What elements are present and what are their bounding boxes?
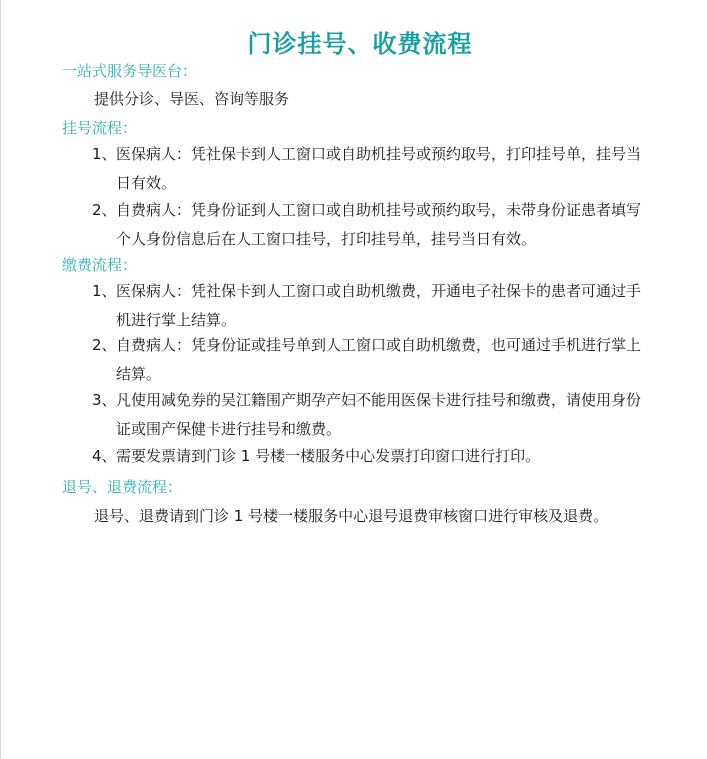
item-line-1: 凡使用减免券的吴江籍围产期孕产妇不能用医保卡进行挂号和缴费，请使用身份 xyxy=(92,386,652,415)
payment-item-1: 1、 医保病人：凭社保卡到人工窗口或自助机缴费，开通电子社保卡的患者可通过手 机… xyxy=(92,277,652,335)
item-line-1: 医保病人：凭社保卡到人工窗口或自助机缴费，开通电子社保卡的患者可通过手 xyxy=(92,277,652,306)
registration-item-1: 1、 医保病人：凭社保卡到人工窗口或自助机挂号或预约取号，打印挂号单，挂号当 日… xyxy=(92,140,652,198)
page-title: 门诊挂号、收费流程 xyxy=(0,24,707,59)
item-number: 2、 xyxy=(92,196,117,225)
item-line-2: 日有效。 xyxy=(92,169,652,198)
item-number: 1、 xyxy=(92,140,117,169)
left-border xyxy=(0,0,1,759)
item-line-1: 医保病人：凭社保卡到人工窗口或自助机挂号或预约取号，打印挂号单，挂号当 xyxy=(92,140,652,169)
item-line-2: 结算。 xyxy=(92,360,652,389)
item-line-2: 个人身份信息后在人工窗口挂号，打印挂号单，挂号当日有效。 xyxy=(92,225,652,254)
section-heading-payment: 缴费流程： xyxy=(62,254,137,275)
section-heading-guide-desk: 一站式服务导医台： xyxy=(62,60,197,81)
section-heading-registration: 挂号流程： xyxy=(62,117,137,138)
item-number: 4、 xyxy=(92,442,117,471)
item-line-1: 自费病人：凭身份证到人工窗口或自助机挂号或预约取号，未带身份证患者填写 xyxy=(92,196,652,225)
item-number: 2、 xyxy=(92,331,117,360)
item-number: 1、 xyxy=(92,277,117,306)
section-heading-refund: 退号、退费流程： xyxy=(62,476,182,497)
item-number: 3、 xyxy=(92,386,117,415)
payment-item-2: 2、 自费病人：凭身份证或挂号单到人工窗口或自助机缴费，也可通过手机进行掌上 结… xyxy=(92,331,652,389)
item-line-1: 需要发票请到门诊 1 号楼一楼服务中心发票打印窗口进行打印。 xyxy=(92,442,652,471)
payment-item-3: 3、 凡使用减免券的吴江籍围产期孕产妇不能用医保卡进行挂号和缴费，请使用身份 证… xyxy=(92,386,652,444)
refund-description: 退号、退费请到门诊 1 号楼一楼服务中心退号退费审核窗口进行审核及退费。 xyxy=(94,505,608,526)
item-line-2: 证或围产保健卡进行挂号和缴费。 xyxy=(92,415,652,444)
guide-desk-description: 提供分诊、导医、咨询等服务 xyxy=(94,88,289,109)
registration-item-2: 2、 自费病人：凭身份证到人工窗口或自助机挂号或预约取号，未带身份证患者填写 个… xyxy=(92,196,652,254)
payment-item-4: 4、 需要发票请到门诊 1 号楼一楼服务中心发票打印窗口进行打印。 xyxy=(92,442,652,471)
item-line-1: 自费病人：凭身份证或挂号单到人工窗口或自助机缴费，也可通过手机进行掌上 xyxy=(92,331,652,360)
